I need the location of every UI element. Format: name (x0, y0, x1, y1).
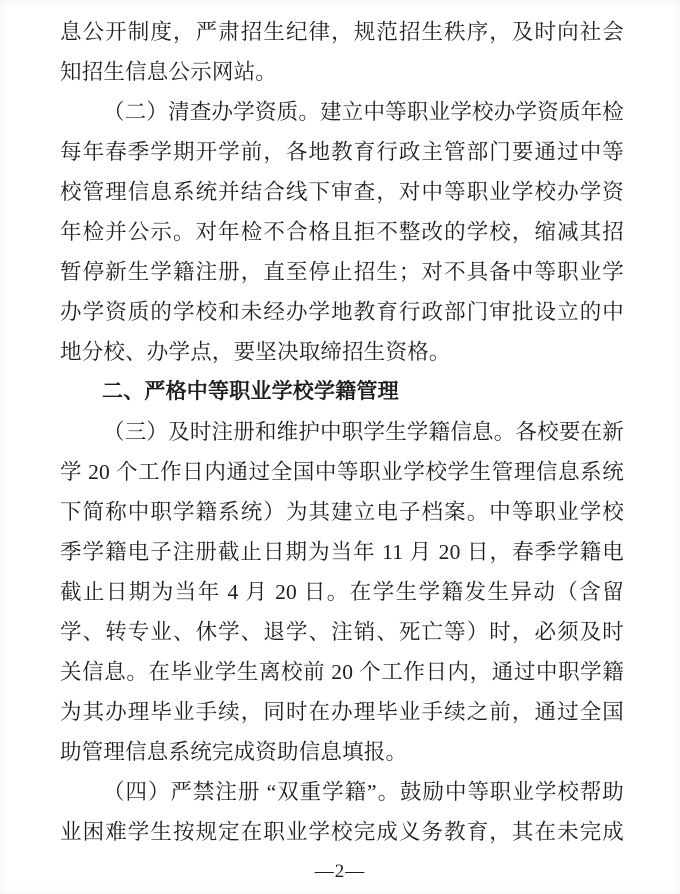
text-line: 季学籍电子注册截止日期为当年 11 月 20 日，春季学籍电子注册 (60, 532, 624, 572)
text-line: 为其办理毕业手续，同时在办理毕业手续之前，通过全国学生资 (60, 692, 624, 732)
page-body: 息公开制度，严肃招生纪律，规范招生秩序，及时向社会明确告 知招生信息公示网站。 … (0, 0, 680, 894)
document-page: { "document": { "paragraphs": [ { "type"… (0, 0, 680, 894)
text-line: 业困难学生按规定在职业学校完成义务教育，其在未完成义务教 (60, 812, 624, 852)
text-line: 办学资质的学校和未经办学地教育行政部门审批设立的中职异 (60, 292, 624, 332)
text-line: 地分校、办学点，要坚决取缔招生资格。 (60, 332, 624, 372)
text-line: 学 20 个工作日内通过全国中等职业学校学生管理信息系统（以 (60, 452, 624, 492)
text-line: （二）清查办学资质。建立中等职业学校办学资质年检制度， (60, 92, 624, 132)
text-line: 暂停新生学籍注册，直至停止招生；对不具备中等职业学历教育 (60, 252, 624, 292)
text-line: 下简称中职学籍系统）为其建立电子档案。中等职业学校新生秋 (60, 492, 624, 532)
text-line: 关信息。在毕业学生离校前 20 个工作日内，通过中职学籍系统 (60, 652, 624, 692)
section-heading: 二、严格中等职业学校学籍管理 (60, 372, 624, 412)
text-line: 助管理信息系统完成资助信息填报。 (60, 732, 624, 772)
text-line: （四）严禁注册 “双重学籍”。鼓励中等职业学校帮助部分学 (60, 772, 624, 812)
text-line: 截止日期为当年 4 月 20 日。在学生学籍发生异动（含留级、转 (60, 572, 624, 612)
text-line: （三）及时注册和维护中职学生学籍信息。各校要在新生入 (60, 412, 624, 452)
text-line: 每年春季学期开学前，各地教育行政主管部门要通过中等职业学 (60, 132, 624, 172)
text-line: 学、转专业、休学、退学、注销、死亡等）时，必须及时维护相 (60, 612, 624, 652)
text-line: 校管理信息系统并结合线下审查，对中等职业学校办学资质进行 (60, 172, 624, 212)
text-line: 息公开制度，严肃招生纪律，规范招生秩序，及时向社会明确告 (60, 12, 624, 52)
text-line: 年检并公示。对年检不合格且拒不整改的学校，缩减其招生计划， (60, 212, 624, 252)
page-number: —2— (0, 858, 680, 886)
text-line: 知招生信息公示网站。 (60, 52, 624, 92)
